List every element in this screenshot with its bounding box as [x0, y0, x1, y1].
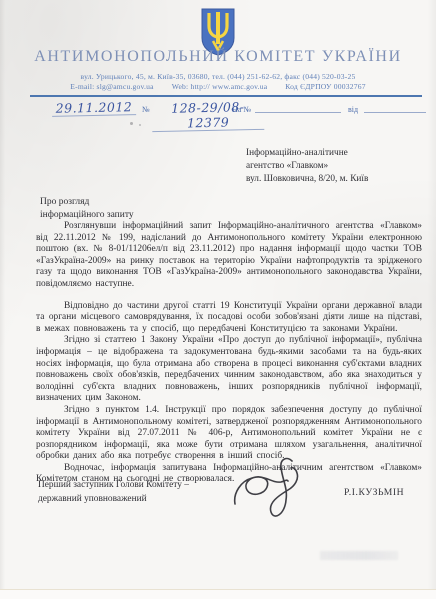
- reference-line: 29.11.2012 № 128-29/08-12379 На № від: [0, 99, 436, 119]
- recipient-block: Інформаційно-аналітичне агентство «Главк…: [246, 147, 368, 187]
- subject-block: Про розгляд інформаційного запиту: [40, 196, 134, 222]
- incoming-date-blank: [364, 100, 426, 113]
- incoming-number-label: На №: [232, 105, 251, 114]
- recipient-line: вул. Шовковична, 8/20, м. Київ: [246, 173, 368, 186]
- signer-position: Перший заступник Голови Комітету – держа…: [38, 479, 189, 506]
- ink-speck: [130, 122, 133, 125]
- scanned-letter-page: АНТИМОНОПОЛЬНИЙ КОМІТЕТ УКРАЇНИ вул. Ури…: [0, 0, 436, 599]
- scan-bottom-edge: [0, 589, 436, 599]
- letterhead-contacts: E-mail: slg@amcu.gov.ua Web: http:// www…: [0, 82, 436, 91]
- signer-name: Р.І.КУЗЬМІН: [344, 487, 404, 498]
- signer-position-line: державний уповноважений: [38, 493, 189, 507]
- incoming-date-label: від: [348, 105, 358, 114]
- number-sign: №: [142, 105, 150, 114]
- letter-body: Розглянувши інформаційний запит Інформац…: [36, 221, 422, 486]
- letterhead-email: E-mail: slg@amcu.gov.ua: [70, 82, 153, 91]
- body-paragraph: Згідно зі статтею 1 Закону України «Про …: [36, 335, 422, 405]
- organization-title: АНТИМОНОПОЛЬНИЙ КОМІТЕТ УКРАЇНИ: [0, 48, 436, 66]
- recipient-line: Інформаційно-аналітичне: [246, 147, 368, 160]
- letterhead-divider: [30, 95, 422, 97]
- body-paragraph: Розглянувши інформаційний запит Інформац…: [36, 221, 422, 291]
- handwritten-signature: [230, 450, 330, 533]
- incoming-number-blank: [255, 100, 341, 113]
- ink-speck: [139, 124, 141, 126]
- body-paragraph: Відповідно до частини другої статті 19 К…: [36, 301, 422, 336]
- subject-line: Про розгляд: [40, 196, 134, 209]
- signer-position-line: Перший заступник Голови Комітету –: [38, 479, 189, 493]
- letterhead-address: вул. Урицького, 45, м. Київ-35, 03680, т…: [0, 72, 436, 81]
- bleed-through-artifact: [320, 551, 398, 560]
- letterhead-edrpou: Код ЄДРПОУ 00032767: [285, 82, 365, 91]
- recipient-line: агентство «Главком»: [246, 160, 368, 173]
- body-paragraph: Згідно з пунктом 1.4. Інструкції про пор…: [36, 405, 422, 463]
- outgoing-date-handwritten: 29.11.2012: [52, 99, 136, 117]
- outgoing-number-handwritten: 128-29/08-12379: [152, 99, 265, 132]
- letterhead-web: Web: http:// www.amc.gov.ua: [172, 82, 268, 91]
